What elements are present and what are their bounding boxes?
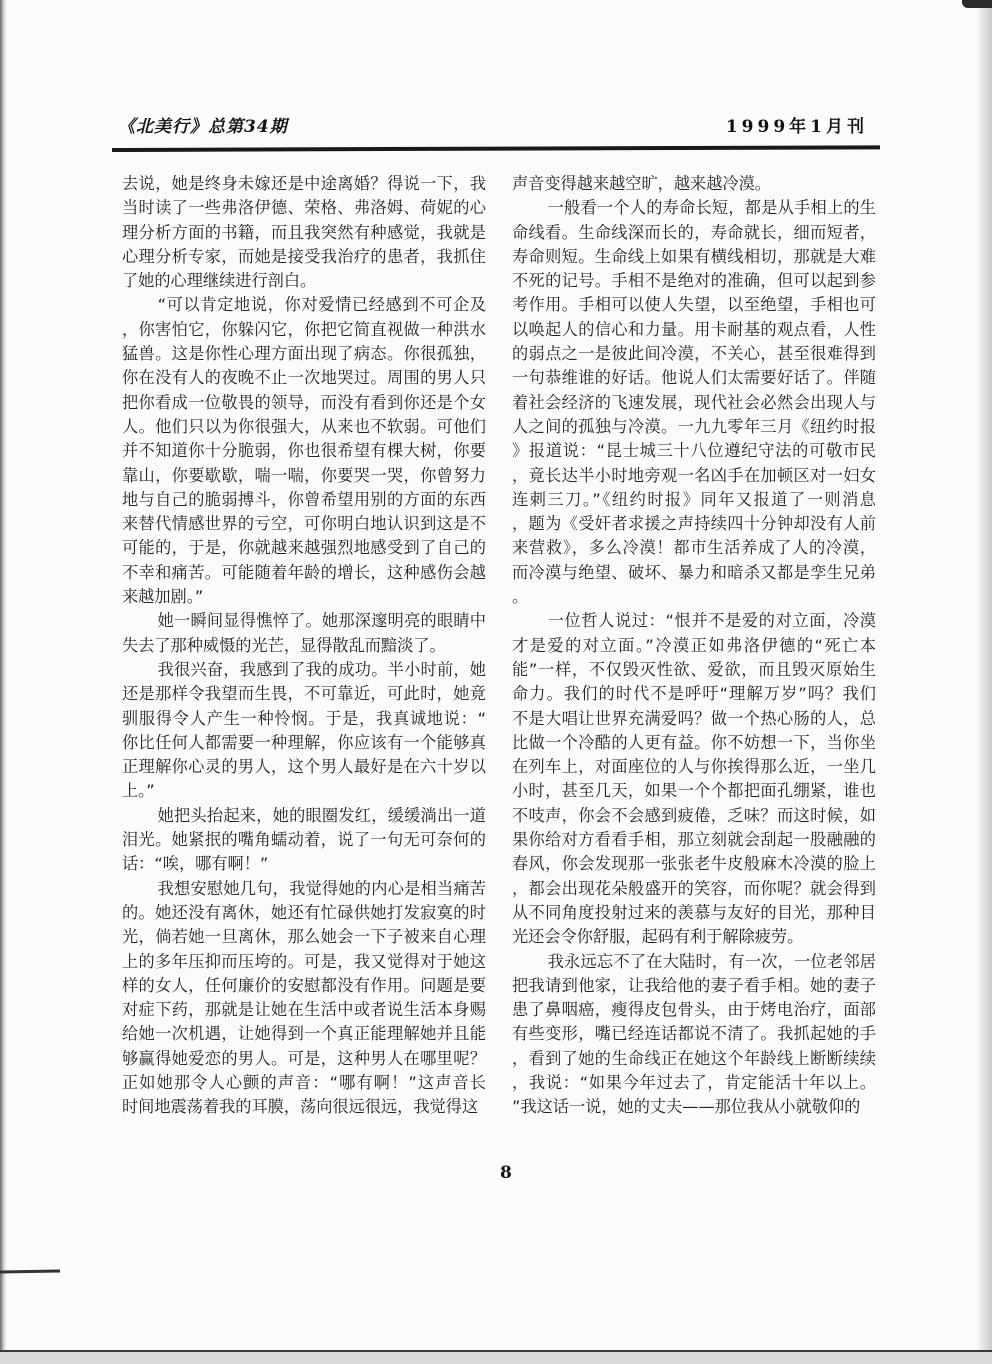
- text-line: 果你给对方看看手相，那立刻就会刮起一股融融的: [512, 828, 876, 852]
- text-line: 上。”: [122, 779, 486, 803]
- paragraph: 一般看一个人的寿命长短，都是从手相上的生命线看。生命线深而长的，寿命就长，细而短…: [512, 196, 876, 609]
- text-line: 人。他们只以为你很强大，从来也不软弱。可他们: [122, 415, 486, 439]
- text-line: 驯服得令人产生一种怜悯。于是，我真诚地说：“: [122, 707, 486, 731]
- scan-edge-mark: [0, 1269, 60, 1273]
- text-line: 才是爱的对立面。”冷漠正如弗洛伊德的“死亡本: [512, 634, 876, 658]
- paragraph: 我想安慰她几句，我觉得她的内心是相当痛苦的。她还没有离休，她还有忙碌供她打发寂寞…: [122, 877, 486, 1120]
- text-line: “可以肯定地说，你对爱情已经感到不可企及: [122, 293, 486, 317]
- text-line: 光，倘若她一旦离休，那么她会一下子被来自心理: [122, 925, 486, 949]
- paragraph: 一位哲人说过：“恨并不是爱的对立面，冷漠才是爱的对立面。”冷漠正如弗洛伊德的“死…: [512, 609, 876, 949]
- text-line: 去说，她是终身未嫁还是中途离婚？得说一下，我: [122, 172, 486, 196]
- text-line: 够赢得她爱恋的男人。可是，这种男人在哪里呢？: [122, 1047, 486, 1071]
- text-line: ，我说：“如果今年过去了，肯定能活十年以上。: [512, 1071, 876, 1095]
- text-line: 命线看。生命线深而长的，寿命就长，细而短者，: [512, 221, 876, 245]
- paragraph: 声音变得越来越空旷，越来越冷漠。: [512, 172, 876, 196]
- text-line: 把我请到他家，让我给他的妻子看手相。她的妻子: [512, 974, 876, 998]
- text-line: 把你看成一位敬畏的领导，而没有看到你还是个女: [122, 391, 486, 415]
- text-line: 比做一个冷酷的人更有益。你不妨想一下，当你坐: [512, 731, 876, 755]
- text-line: 可能的，于是，你就越来越强烈地感受到了自己的: [122, 536, 486, 560]
- text-line: 不是大唱让世界充满爱吗？做一个热心肠的人，总: [512, 707, 876, 731]
- text-line: 而冷漠与绝望、破坏、暴力和暗杀又都是孪生兄弟: [512, 561, 876, 585]
- text-line: 你在没有人的夜晚不止一次地哭过。周围的男人只: [122, 366, 486, 390]
- text-line: 不吱声，你会不会感到疲倦，乏味？而这时候，如: [512, 804, 876, 828]
- text-line: 来营救》，多么冷漠！都市生活养成了人的冷漠，: [512, 536, 876, 560]
- text-line: 命力。我们的时代不是呼吁“理解万岁”吗？我们: [512, 682, 876, 706]
- running-head: 《北美行》总第34期 1999年1月刊: [118, 112, 868, 142]
- text-line: 我永远忘不了在大陆时，有一次，一位老邻居: [512, 950, 876, 974]
- text-line: 一般看一个人的寿命长短，都是从手相上的生: [512, 196, 876, 220]
- text-line: 从不同角度投射过来的羡慕与友好的目光，那种目: [512, 901, 876, 925]
- issue-date: 1999年1月刊: [726, 112, 868, 137]
- text-line: 春风，你会发现那一张张老牛皮般麻木冷漠的脸上: [512, 852, 876, 876]
- text-line: ，都会出现花朵般盛开的笑容，而你呢？就会得到: [512, 877, 876, 901]
- text-line: 寿命则短。生命线上如果有横线相切，那就是大难: [512, 245, 876, 269]
- text-line: 一句恭维谁的好话。他说人们太需要好话了。伴随: [512, 366, 876, 390]
- scan-right-edge: [978, 0, 992, 1364]
- text-line: 能”一样，不仅毁灭性欲、爱欲，而且毁灭原始生: [512, 658, 876, 682]
- text-line: 猛兽。这是你性心理方面出现了病态。你很孤独，: [122, 342, 486, 366]
- text-line: 不死的记号。手相不是绝对的准确，但可以起到参: [512, 269, 876, 293]
- text-line: 以唤起人的信心和力量。用卡耐基的观点看，人性: [512, 318, 876, 342]
- text-line: 正理解你心灵的男人，这个男人最好是在六十岁以: [122, 755, 486, 779]
- text-line: 不幸和痛苦。可能随着年龄的增长，这种感伤会越: [122, 561, 486, 585]
- paragraph: 去说，她是终身未嫁还是中途离婚？得说一下，我当时读了一些弗洛伊德、荣格、弗洛姆、…: [122, 172, 486, 293]
- text-line: 声音变得越来越空旷，越来越冷漠。: [512, 172, 876, 196]
- text-line: ，竟长达半小时地旁观一名凶手在加顿区对一妇女: [512, 464, 876, 488]
- header-rule: [112, 145, 880, 152]
- text-line: 人之间的孤独与冷漠。一九九零年三月《纽约时报: [512, 415, 876, 439]
- text-line: 对症下药，那就是让她在生活中或者说生活本身赐: [122, 998, 486, 1022]
- right-column: 声音变得越来越空旷，越来越冷漠。一般看一个人的寿命长短，都是从手相上的生命线看。…: [512, 172, 876, 1120]
- text-line: 》报道说：“昆士城三十八位遵纪守法的可敬市民: [512, 439, 876, 463]
- text-line: 你比任何人都需要一种理解，你应该有一个能够真: [122, 731, 486, 755]
- text-line: 给她一次机遇，让她得到一个真正能理解她并且能: [122, 1022, 486, 1046]
- text-line: 样的女人，任何廉价的安慰都没有作用。问题是要: [122, 974, 486, 998]
- text-line: 她一瞬间显得憔悴了。她那深邃明亮的眼睛中: [122, 609, 486, 633]
- text-line: 正如她那令人心颤的声音：“哪有啊！”这声音长: [122, 1071, 486, 1095]
- text-line: 并不知道你十分脆弱，你也很希望有棵大树，你要: [122, 439, 486, 463]
- text-line: 话：“唉，哪有啊！”: [122, 852, 486, 876]
- scan-corner-shadow: [962, 0, 992, 8]
- paragraph: 她一瞬间显得憔悴了。她那深邃明亮的眼睛中失去了那种威慑的光芒，显得散乱而黯淡了。: [122, 609, 486, 658]
- text-line: 了她的心理继续进行剖白。: [122, 269, 486, 293]
- text-line: 一位哲人说过：“恨并不是爱的对立面，冷漠: [512, 609, 876, 633]
- text-line: 来越加剧。”: [122, 585, 486, 609]
- scan-left-edge: [0, 0, 6, 1364]
- text-line: 。: [512, 585, 876, 609]
- page-number: 8: [500, 1163, 512, 1183]
- text-line: 我很兴奋，我感到了我的成功。半小时前，她: [122, 658, 486, 682]
- text-line: 泪光。她紧抿的嘴角蠕动着，说了一句无可奈何的: [122, 828, 486, 852]
- text-line: 时间地震荡着我的耳膜，荡向很远很远，我觉得这: [122, 1095, 486, 1119]
- text-line: 小时，甚至几天，如果一个个都把面孔绷紧，谁也: [512, 779, 876, 803]
- journal-title: 《北美行》总第34期: [118, 112, 288, 137]
- paragraph: 她把头抬起来，她的眼圈发红，缓缓淌出一道泪光。她紧抿的嘴角蠕动着，说了一句无可奈…: [122, 804, 486, 877]
- text-line: 理分析方面的书籍，而且我突然有种感觉，我就是: [122, 221, 486, 245]
- text-line: 失去了那种威慑的光芒，显得散乱而黯淡了。: [122, 634, 486, 658]
- text-line: 上的多年压抑而压垮的。可是，我又觉得对于她这: [122, 950, 486, 974]
- left-column: 去说，她是终身未嫁还是中途离婚？得说一下，我当时读了一些弗洛伊德、荣格、弗洛姆、…: [122, 172, 486, 1120]
- text-line: 有些变形，嘴已经连话都说不清了。我抓起她的手: [512, 1022, 876, 1046]
- text-line: 患了鼻咽癌，瘦得皮包骨头，由于烤电治疗，面部: [512, 998, 876, 1022]
- text-line: 光还会令你舒服，起码有利于解除疲劳。: [512, 925, 876, 949]
- text-line: 考作用。手相可以使人失望，以至绝望，手相也可: [512, 293, 876, 317]
- text-line: 在列车上，对面座位的人与你挨得那么近，一坐几: [512, 755, 876, 779]
- text-line: 地与自己的脆弱搏斗，你曾希望用别的方面的东西: [122, 488, 486, 512]
- text-line: 的。她还没有离休，她还有忙碌供她打发寂寞的时: [122, 901, 486, 925]
- text-line: 心理分析专家，而她是接受我治疗的患者，我抓住: [122, 245, 486, 269]
- text-line: ，题为《受奸者求援之声持续四十分钟却没有人前: [512, 512, 876, 536]
- text-line: 的弱点之一是彼此间冷漠，不关心，甚至很难得到: [512, 342, 876, 366]
- paragraph: 我很兴奋，我感到了我的成功。半小时前，她还是那样令我望而生畏，不可靠近，可此时，…: [122, 658, 486, 804]
- text-line: 连刺三刀。”《纽约时报》同年又报道了一则消息: [512, 488, 876, 512]
- text-line: 靠山，你要歇歇，喘一喘，你要哭一哭，你曾努力: [122, 464, 486, 488]
- text-line: 她把头抬起来，她的眼圈发红，缓缓淌出一道: [122, 804, 486, 828]
- paragraph: “可以肯定地说，你对爱情已经感到不可企及，你害怕它，你躲闪它，你把它简直视做一种…: [122, 293, 486, 609]
- text-line: 我想安慰她几句，我觉得她的内心是相当痛苦: [122, 877, 486, 901]
- scan-bottom-band: [0, 1352, 992, 1364]
- paragraph: 我永远忘不了在大陆时，有一次，一位老邻居把我请到他家，让我给他的妻子看手相。她的…: [512, 950, 876, 1120]
- text-line: 着社会经济的飞速发展，现代社会必然会出现人与: [512, 391, 876, 415]
- text-line: ，看到了她的生命线正在她这个年龄线上断断续续: [512, 1047, 876, 1071]
- text-line: 还是那样令我望而生畏，不可靠近，可此时，她竟: [122, 682, 486, 706]
- text-line: ”我这话一说，她的丈夫——那位我从小就敬仰的: [512, 1095, 876, 1119]
- text-line: ，你害怕它，你躲闪它，你把它简直视做一种洪水: [122, 318, 486, 342]
- text-line: 当时读了一些弗洛伊德、荣格、弗洛姆、荷妮的心: [122, 196, 486, 220]
- text-line: 来替代情感世界的亏空，可你明白地认识到这是不: [122, 512, 486, 536]
